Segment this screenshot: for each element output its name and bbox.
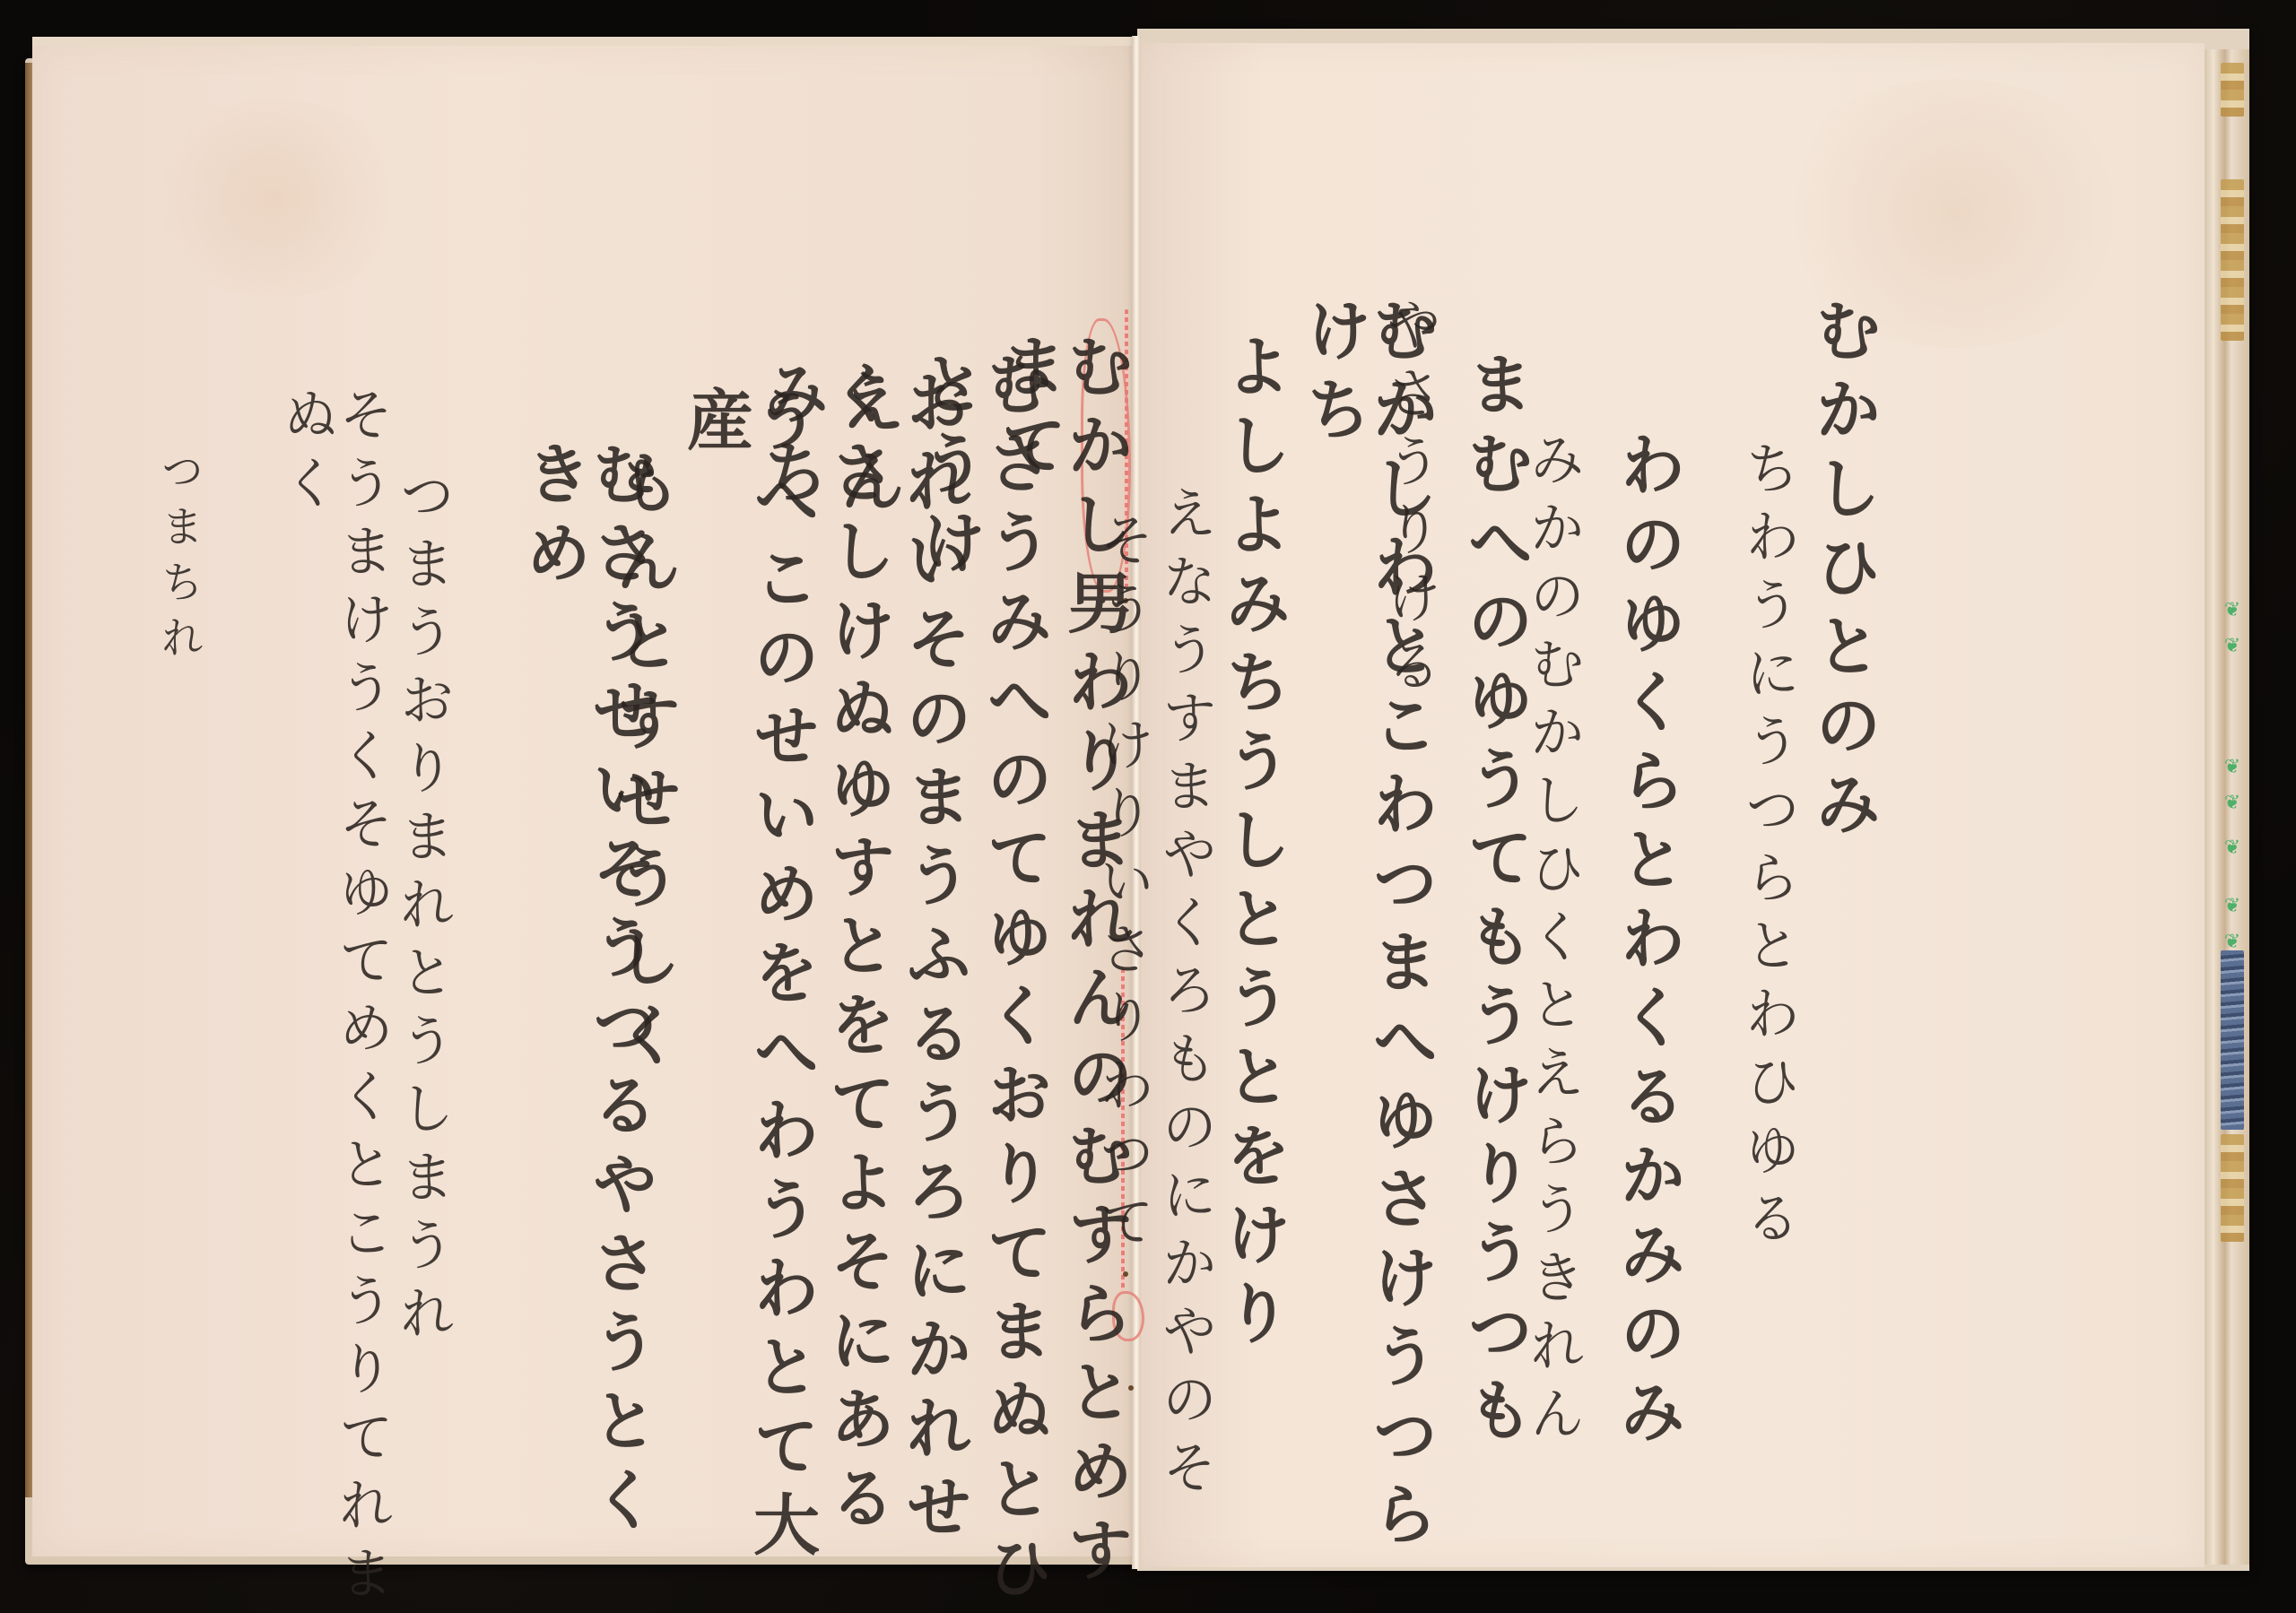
text-column: まむへのゆうてもうけりうつも: [1462, 350, 1528, 1454]
gold-leaf-deco: [2221, 179, 2244, 341]
text-column: つまちれ: [157, 448, 200, 671]
text-column: わのゆくらとわくるかみのみ: [1614, 430, 1681, 1456]
text-column: むかしわとこわつまへゆさけうつらけち: [1300, 296, 1433, 1613]
text-column: ちわうにうつらとわひゆる: [1740, 439, 1796, 1257]
blue-wave-deco: [2221, 950, 2244, 1130]
green-leaf-icon: ❦: [2222, 897, 2242, 916]
green-leaf-icon: ❦: [2222, 637, 2242, 656]
green-leaf-icon: ❦: [2222, 838, 2242, 858]
text-column: うへこのせいめをへわうわとて大産: [682, 386, 814, 1613]
text-column: そうまけうくそゆてめくとこうりてれまぬく: [278, 386, 389, 1613]
green-leaf-icon: ❦: [2222, 793, 2242, 813]
text-column: むさうせいそうつるやさうとくきめ: [520, 439, 653, 1613]
text-column: えなうすまやくろものにかやのそ: [1157, 484, 1213, 1506]
green-leaf-icon: ❦: [2222, 932, 2242, 952]
gold-leaf-deco: [2221, 63, 2244, 117]
text-column: よしよみちうしとうとをけり: [1220, 332, 1286, 1357]
green-leaf-icon: ❦: [2222, 601, 2242, 620]
gold-leaf-deco: [2221, 1134, 2244, 1242]
paper-stain: [140, 100, 409, 297]
text-column: つまうおりまれとうしまうれ: [395, 466, 450, 1352]
green-leaf-icon: ❦: [2222, 758, 2242, 777]
text-column: むかしひとのみ: [1810, 296, 1876, 848]
